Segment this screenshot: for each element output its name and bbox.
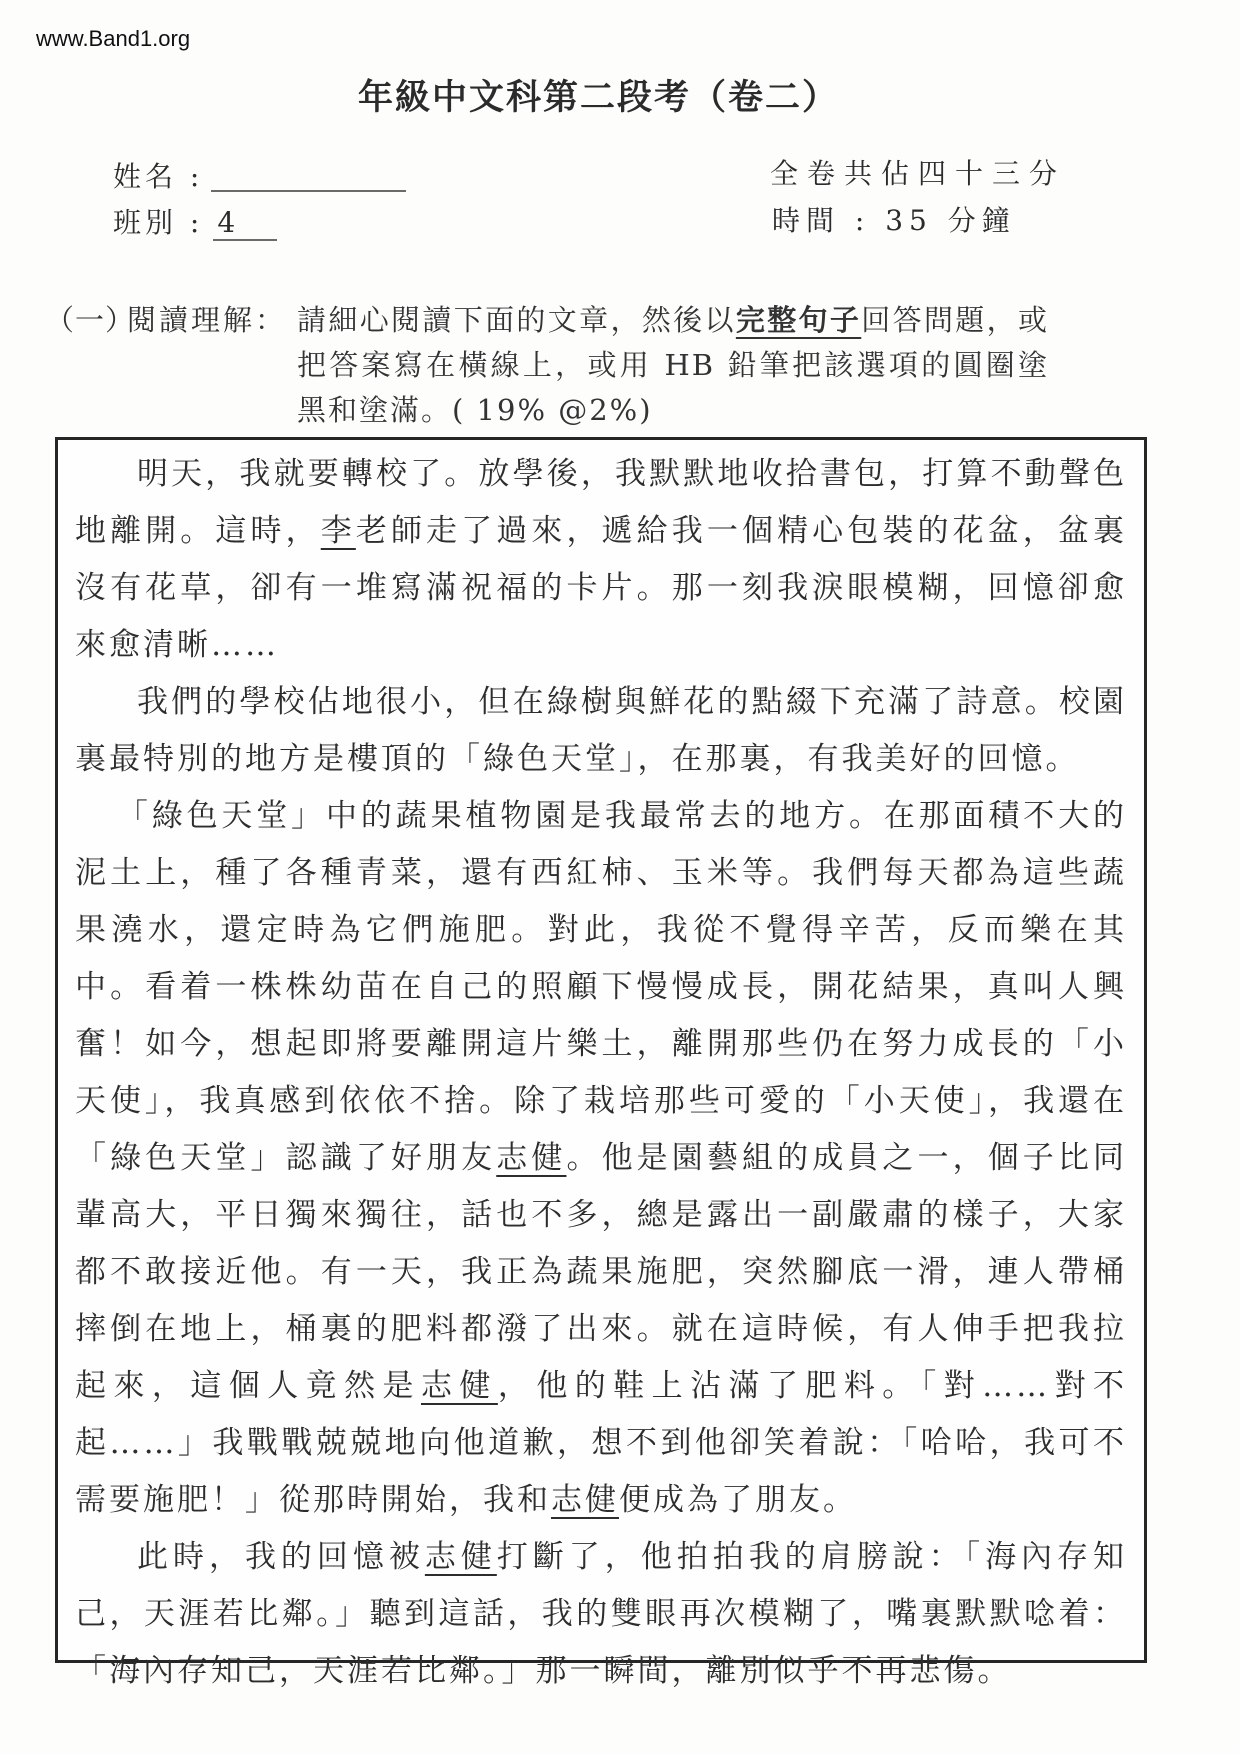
text-segment: 。他是園藝組的成員之一，個子比同輩高大，平日獨來獨往，話也不多，總是露出一副嚴肅… xyxy=(75,1140,1127,1404)
section-instructions: （一） 閱讀理解： 請細心閱讀下面的文章，然後以完整句子回答問題，或把答案寫在橫… xyxy=(45,298,1049,433)
text-segment: 我們的學校佔地很小，但在綠樹與鮮花的點綴下充滿了詩意。校園裏最特別的地方是樓頂的… xyxy=(75,684,1127,777)
class-field-row: 班別 :4 xyxy=(113,201,277,241)
underlined-phrase: 志健 xyxy=(496,1140,566,1176)
site-watermark: www.Band1.org xyxy=(36,26,190,52)
underlined-phrase: 志健 xyxy=(551,1482,619,1518)
name-field-row: 姓名 : xyxy=(113,155,406,195)
underlined-phrase: 志健 xyxy=(421,1368,498,1404)
passage-paragraph: 我們的學校佔地很小，但在綠樹與鮮花的點綴下充滿了詩意。校園裏最特別的地方是樓頂的… xyxy=(75,674,1127,788)
class-input-line[interactable]: 4 xyxy=(213,206,277,241)
underlined-phrase: 李 xyxy=(321,513,356,549)
instructions-text: 請細心閱讀下面的文章，然後以完整句子回答問題，或把答案寫在橫線上，或用 HB 鉛… xyxy=(297,298,1049,433)
text-segment: 請細心閱讀下面的文章，然後以 xyxy=(297,303,736,337)
underlined-phrase: 志健 xyxy=(425,1539,497,1575)
text-segment: 此時，我的回憶被 xyxy=(137,1539,425,1575)
passage-paragraph: 明天，我就要轉校了。放學後，我默默地收拾書包，打算不動聲色地離開。這時，李老師走… xyxy=(75,446,1127,674)
name-label: 姓名 : xyxy=(113,160,203,193)
section-label: 閱讀理解： xyxy=(127,298,287,343)
passage-paragraph: 此時，我的回憶被志健打斷了，他拍拍我的肩膀說：「海內存知己，天涯若比鄰。」聽到這… xyxy=(75,1529,1127,1700)
text-segment: 「綠色天堂」中的蔬果植物園是我最常去的地方。在那面積不大的泥土上，種了各種青菜，… xyxy=(75,798,1127,1176)
passage-paragraph: 「綠色天堂」中的蔬果植物園是我最常去的地方。在那面積不大的泥土上，種了各種青菜，… xyxy=(75,788,1127,1529)
section-number: （一） xyxy=(45,298,127,343)
page-title: 年級中文科第二段考（卷二） xyxy=(358,70,839,120)
class-value: 4 xyxy=(217,206,239,239)
passage-box: 明天，我就要轉校了。放學後，我默默地收拾書包，打算不動聲色地離開。這時，李老師走… xyxy=(55,437,1147,1663)
class-label: 班別 : xyxy=(113,206,203,239)
underlined-phrase: 完整句子 xyxy=(736,303,861,337)
text-segment: 便成為了朋友。 xyxy=(619,1482,857,1518)
name-input-line[interactable] xyxy=(211,158,406,192)
total-marks-text: 全卷共佔四十三分 xyxy=(770,152,1066,192)
time-allowed-text: 時間 : 35 分鐘 xyxy=(772,199,1016,239)
